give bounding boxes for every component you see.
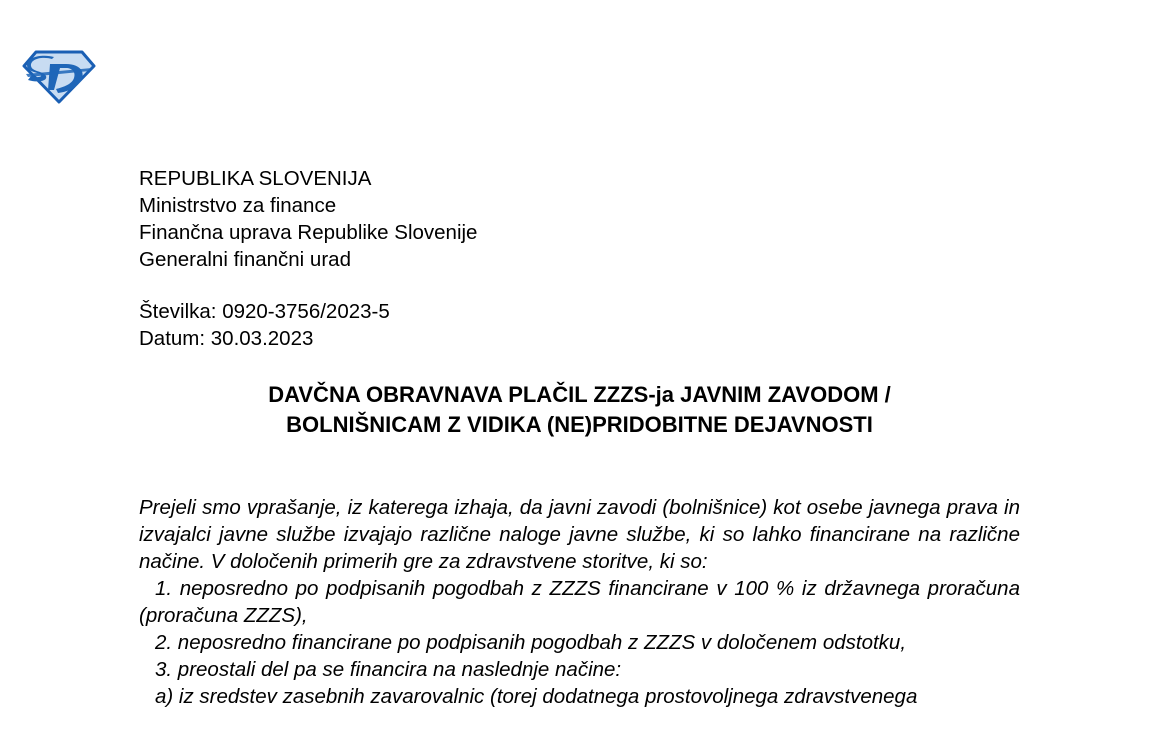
issuer-line-administration: Finančna uprava Republike Slovenije — [139, 219, 477, 246]
document-body: Prejeli smo vprašanje, iz katerega izhaj… — [139, 494, 1020, 710]
issuer-header: REPUBLIKA SLOVENIJA Ministrstvo za finan… — [139, 165, 477, 273]
document-meta: Številka: 0920-3756/2023-5 Datum: 30.03.… — [139, 298, 390, 352]
document-date-label: Datum: — [139, 327, 205, 350]
list-item-a: a) iz sredstev zasebnih zavarovalnic (to… — [139, 683, 1020, 710]
list-item-3: 3. preostali del pa se financira na nasl… — [139, 656, 1020, 683]
shield-sd-logo-icon — [22, 50, 96, 104]
document-title: DAVČNA OBRAVNAVA PLAČIL ZZZS-ja JAVNIM Z… — [139, 380, 1020, 440]
document-number: Številka: 0920-3756/2023-5 — [139, 298, 390, 325]
issuer-line-country: REPUBLIKA SLOVENIJA — [139, 165, 477, 192]
document-title-line-1: DAVČNA OBRAVNAVA PLAČIL ZZZS-ja JAVNIM Z… — [139, 380, 1020, 410]
issuer-line-office: Generalni finančni urad — [139, 246, 477, 273]
list-item-1: 1. neposredno po podpisanih pogodbah z Z… — [139, 575, 1020, 629]
list-item-2: 2. neposredno financirane po podpisanih … — [139, 629, 1020, 656]
document-number-label: Številka: — [139, 300, 216, 323]
document-date-value: 30.03.2023 — [211, 327, 314, 350]
document-number-value: 0920-3756/2023-5 — [222, 300, 390, 323]
document-date: Datum: 30.03.2023 — [139, 325, 390, 352]
issuer-line-ministry: Ministrstvo za finance — [139, 192, 477, 219]
document-title-line-2: BOLNIŠNICAM Z VIDIKA (NE)PRIDOBITNE DEJA… — [139, 410, 1020, 440]
intro-paragraph: Prejeli smo vprašanje, iz katerega izhaj… — [139, 494, 1020, 575]
